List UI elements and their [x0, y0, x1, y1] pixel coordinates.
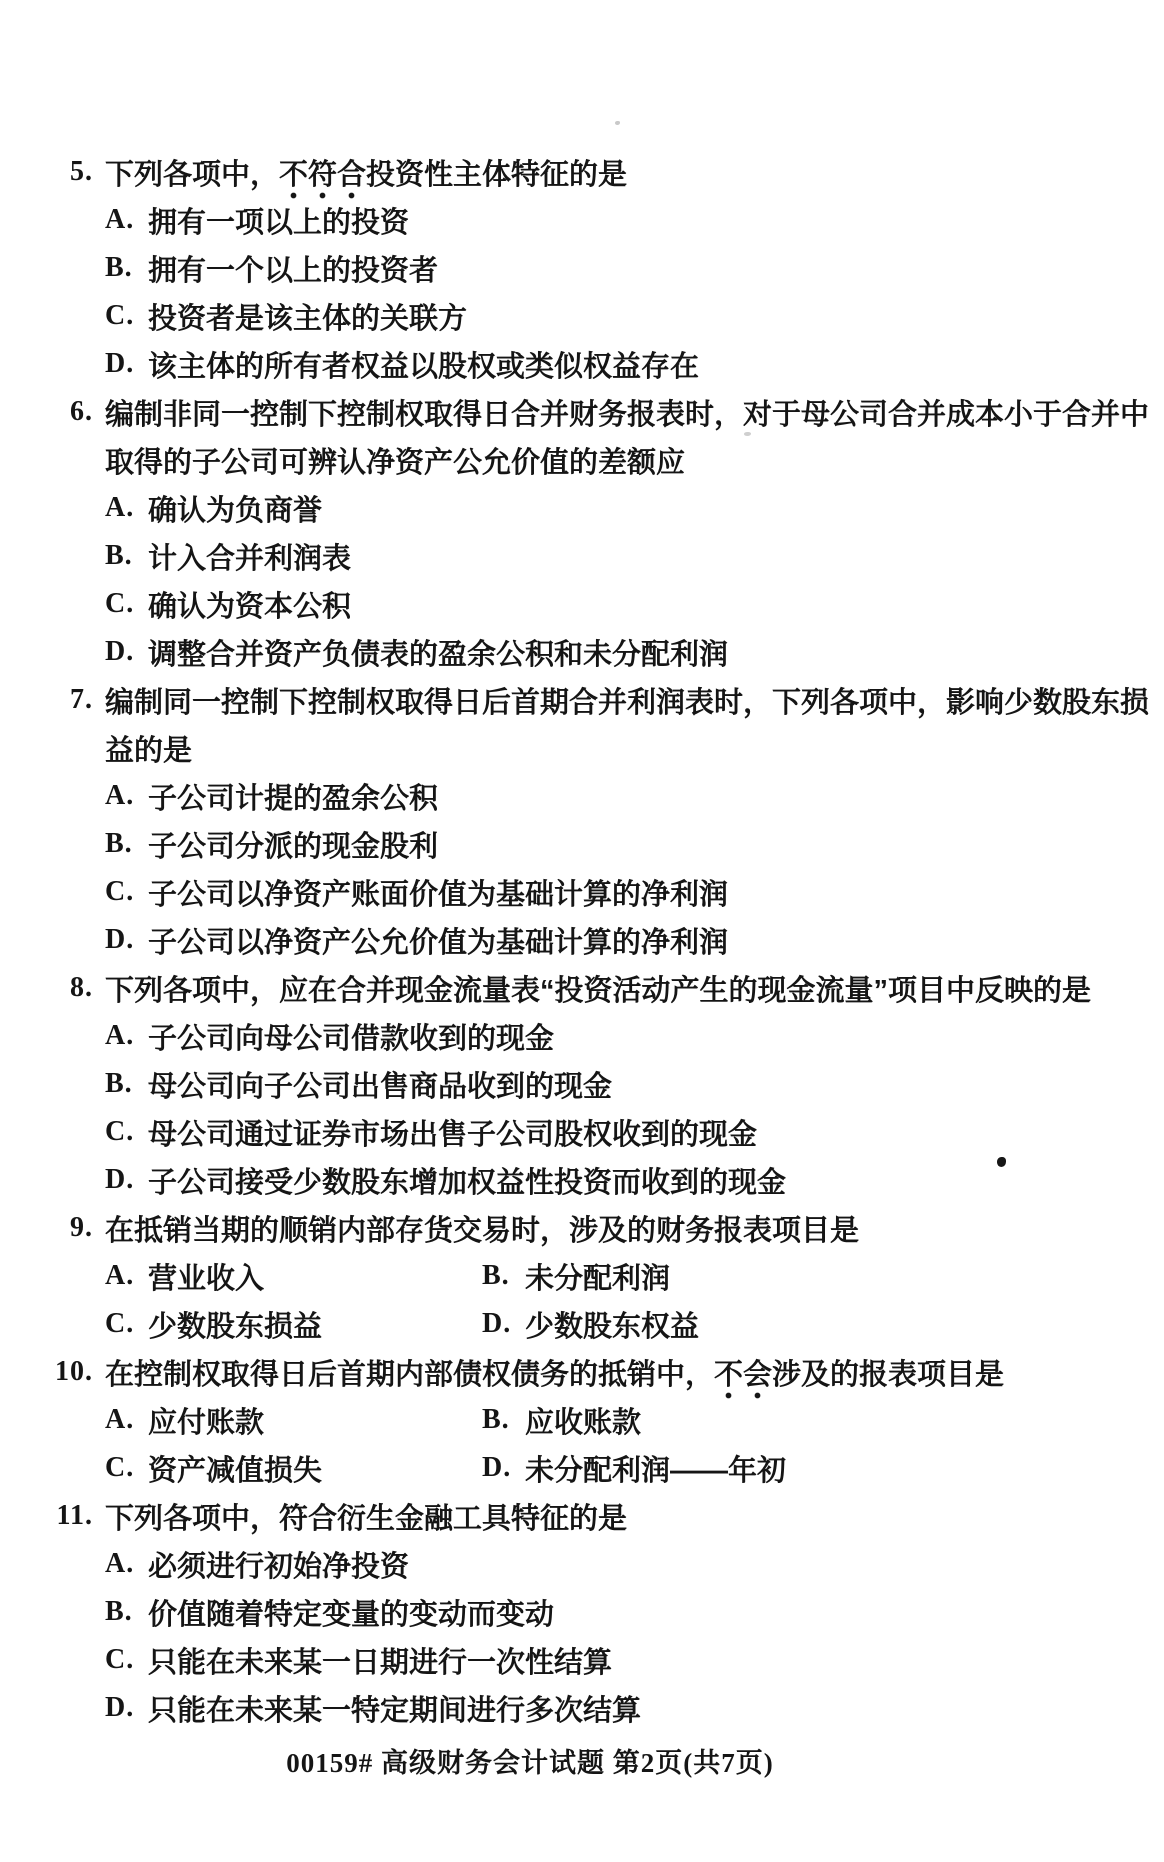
question-9: 9. 在抵销当期的顺销内部存货交易时，涉及的财务报表项目是 A.营业收入 B.未…: [0, 1204, 1164, 1348]
option: A.子公司向母公司借款收到的现金: [0, 1016, 482, 1057]
option: D.调整合并资产负债表的盈余公积和未分配利润: [0, 632, 482, 673]
option-letter: C.: [105, 300, 148, 332]
question-text: 下列各项中，不符合投资性主体特征的是: [105, 152, 627, 193]
question-11-option-d: D.只能在未来某一特定期间进行多次结算: [0, 1684, 1164, 1732]
question-text: 编制同一控制下控制权取得日后首期合并利润表时，下列各项中，影响少数股东损: [105, 680, 1149, 721]
option: C.只能在未来某一日期进行一次性结算: [0, 1640, 482, 1681]
option-text: 子公司接受少数股东增加权益性投资而收到的现金: [148, 1160, 786, 1201]
option: C.母公司通过证券市场出售子公司股权收到的现金: [0, 1112, 482, 1153]
question-number: 6.: [0, 396, 93, 428]
option-text: 资产减值损失: [148, 1448, 322, 1489]
question-9-options-row-2: C.少数股东损益 D.少数股东权益: [0, 1300, 1164, 1348]
option: B.价值随着特定变量的变动而变动: [0, 1592, 482, 1633]
question-6-option-a: A.确认为负商誉: [0, 484, 1164, 532]
option: C.确认为资本公积: [0, 584, 482, 625]
option-letter: A.: [105, 1020, 148, 1052]
option-text: 未分配利润: [525, 1256, 670, 1297]
option-letter: C.: [105, 1308, 148, 1340]
option-letter: A.: [105, 1548, 148, 1580]
option: C.资产减值损失: [0, 1448, 482, 1489]
option-letter: B.: [105, 252, 148, 284]
question-7-option-a: A.子公司计提的盈余公积: [0, 772, 1164, 820]
option-text: 应付账款: [148, 1400, 264, 1441]
question-6-head: 6. 编制非同一控制下控制权取得日合并财务报表时，对于母公司合并成本小于合并中: [0, 388, 1164, 436]
option: B.应收账款: [482, 1400, 641, 1441]
option-letter: D.: [105, 348, 148, 380]
question-6: 6. 编制非同一控制下控制权取得日合并财务报表时，对于母公司合并成本小于合并中 …: [0, 388, 1164, 676]
option-text: 必须进行初始净投资: [148, 1544, 409, 1585]
option: D.子公司以净资产公允价值为基础计算的净利润: [0, 920, 482, 961]
question-text: 取得的子公司可辨认净资产公允价值的差额应: [105, 440, 685, 481]
option-letter: B.: [105, 828, 148, 860]
option: D.该主体的所有者权益以股权或类似权益存在: [0, 344, 482, 385]
question-8-option-d: D.子公司接受少数股东增加权益性投资而收到的现金: [0, 1156, 1164, 1204]
page-footer: 00159# 高级财务会计试题 第2页(共7页): [0, 1736, 1060, 1784]
question-number: 8.: [0, 972, 93, 1004]
question-10-options-row-2: C.资产减值损失 D.未分配利润——年初: [0, 1444, 1164, 1492]
question-text-emphasis: 不符合: [279, 159, 366, 191]
question-5: 5. 下列各项中，不符合投资性主体特征的是 A.拥有一项以上的投资 B.拥有一个…: [0, 148, 1164, 388]
question-8: 8. 下列各项中，应在合并现金流量表“投资活动产生的现金流量”项目中反映的是 A…: [0, 964, 1164, 1204]
option-text: 子公司分派的现金股利: [148, 824, 438, 865]
question-number: 11.: [0, 1500, 93, 1532]
option-text: 拥有一个以上的投资者: [148, 248, 438, 289]
question-number: 5.: [0, 156, 93, 188]
option-letter: D.: [482, 1308, 525, 1340]
question-7: 7. 编制同一控制下控制权取得日后首期合并利润表时，下列各项中，影响少数股东损 …: [0, 676, 1164, 964]
option-letter: B.: [105, 1068, 148, 1100]
question-text-emphasis: 不会: [714, 1359, 772, 1391]
question-11-option-b: B.价值随着特定变量的变动而变动: [0, 1588, 1164, 1636]
option-text: 应收账款: [525, 1400, 641, 1441]
option-letter: A.: [105, 492, 148, 524]
option-text: 投资者是该主体的关联方: [148, 296, 467, 337]
option-text: 只能在未来某一特定期间进行多次结算: [148, 1688, 641, 1729]
question-8-option-b: B.母公司向子公司出售商品收到的现金: [0, 1060, 1164, 1108]
option: A.子公司计提的盈余公积: [0, 776, 482, 817]
question-text-segment: 下列各项中，: [105, 159, 279, 191]
option: C.子公司以净资产账面价值为基础计算的净利润: [0, 872, 482, 913]
question-5-head: 5. 下列各项中，不符合投资性主体特征的是: [0, 148, 1164, 196]
option-text: 子公司以净资产账面价值为基础计算的净利润: [148, 872, 728, 913]
option-letter: C.: [105, 876, 148, 908]
question-text: 下列各项中，应在合并现金流量表“投资活动产生的现金流量”项目中反映的是: [105, 968, 1091, 1009]
question-text: 编制非同一控制下控制权取得日合并财务报表时，对于母公司合并成本小于合并中: [105, 392, 1149, 433]
option-text: 母公司通过证券市场出售子公司股权收到的现金: [148, 1112, 757, 1153]
option-letter: B.: [105, 1596, 148, 1628]
question-text: 益的是: [105, 728, 192, 769]
option: A.确认为负商誉: [0, 488, 482, 529]
option-letter: B.: [105, 540, 148, 572]
question-text: 下列各项中，符合衍生金融工具特征的是: [105, 1496, 627, 1537]
option-text: 价值随着特定变量的变动而变动: [148, 1592, 554, 1633]
option: B.未分配利润: [482, 1256, 670, 1297]
page-footer-text: 00159# 高级财务会计试题 第2页(共7页): [286, 1741, 773, 1780]
option-letter: C.: [105, 588, 148, 620]
exam-body: 5. 下列各项中，不符合投资性主体特征的是 A.拥有一项以上的投资 B.拥有一个…: [0, 148, 1164, 1732]
option: A.必须进行初始净投资: [0, 1544, 482, 1585]
option: C.投资者是该主体的关联方: [0, 296, 482, 337]
question-11-option-c: C.只能在未来某一日期进行一次性结算: [0, 1636, 1164, 1684]
option-letter: D.: [105, 924, 148, 956]
option: D.未分配利润——年初: [482, 1448, 786, 1489]
question-6-option-d: D.调整合并资产负债表的盈余公积和未分配利润: [0, 628, 1164, 676]
question-11-option-a: A.必须进行初始净投资: [0, 1540, 1164, 1588]
option-text: 确认为负商誉: [148, 488, 322, 529]
question-text-segment: 投资性主体特征的是: [366, 159, 627, 191]
option-letter: D.: [105, 1164, 148, 1196]
question-11-head: 11. 下列各项中，符合衍生金融工具特征的是: [0, 1492, 1164, 1540]
option-text: 子公司向母公司借款收到的现金: [148, 1016, 554, 1057]
question-7-head-line2: 益的是: [0, 724, 1164, 772]
question-8-option-c: C.母公司通过证券市场出售子公司股权收到的现金: [0, 1108, 1164, 1156]
question-8-head: 8. 下列各项中，应在合并现金流量表“投资活动产生的现金流量”项目中反映的是: [0, 964, 1164, 1012]
option-letter: A.: [105, 204, 148, 236]
question-10: 10. 在控制权取得日后首期内部债权债务的抵销中，不会涉及的报表项目是 A.应付…: [0, 1348, 1164, 1492]
option: D.只能在未来某一特定期间进行多次结算: [0, 1688, 482, 1729]
option: A.应付账款: [0, 1400, 482, 1441]
option-letter: C.: [105, 1116, 148, 1148]
option-letter: A.: [105, 1260, 148, 1292]
option-text: 少数股东权益: [525, 1304, 699, 1345]
exam-page: 5. 下列各项中，不符合投资性主体特征的是 A.拥有一项以上的投资 B.拥有一个…: [0, 0, 1164, 1862]
question-7-option-d: D.子公司以净资产公允价值为基础计算的净利润: [0, 916, 1164, 964]
question-10-options-row-1: A.应付账款 B.应收账款: [0, 1396, 1164, 1444]
question-9-options-row-1: A.营业收入 B.未分配利润: [0, 1252, 1164, 1300]
option-text: 子公司以净资产公允价值为基础计算的净利润: [148, 920, 728, 961]
option-letter: D.: [105, 636, 148, 668]
option-text: 拥有一项以上的投资: [148, 200, 409, 241]
question-6-option-b: B.计入合并利润表: [0, 532, 1164, 580]
question-11: 11. 下列各项中，符合衍生金融工具特征的是 A.必须进行初始净投资 B.价值随…: [0, 1492, 1164, 1732]
question-6-option-c: C.确认为资本公积: [0, 580, 1164, 628]
question-7-head: 7. 编制同一控制下控制权取得日后首期合并利润表时，下列各项中，影响少数股东损: [0, 676, 1164, 724]
question-10-head: 10. 在控制权取得日后首期内部债权债务的抵销中，不会涉及的报表项目是: [0, 1348, 1164, 1396]
option-letter: A.: [105, 780, 148, 812]
faint-scan-speck: [615, 121, 620, 125]
option-letter: B.: [482, 1260, 525, 1292]
option-text: 调整合并资产负债表的盈余公积和未分配利润: [148, 632, 728, 673]
question-9-head: 9. 在抵销当期的顺销内部存货交易时，涉及的财务报表项目是: [0, 1204, 1164, 1252]
option-letter: A.: [105, 1404, 148, 1436]
option-text: 少数股东损益: [148, 1304, 322, 1345]
question-text-segment: 涉及的报表项目是: [772, 1359, 1004, 1391]
question-text: 在控制权取得日后首期内部债权债务的抵销中，不会涉及的报表项目是: [105, 1352, 1004, 1393]
question-number: 9.: [0, 1212, 93, 1244]
question-5-option-c: C.投资者是该主体的关联方: [0, 292, 1164, 340]
option: A.营业收入: [0, 1256, 482, 1297]
question-text-segment: 在控制权取得日后首期内部债权债务的抵销中，: [105, 1359, 714, 1391]
option: B.拥有一个以上的投资者: [0, 248, 482, 289]
question-5-option-b: B.拥有一个以上的投资者: [0, 244, 1164, 292]
option: B.子公司分派的现金股利: [0, 824, 482, 865]
option-text: 确认为资本公积: [148, 584, 351, 625]
question-6-head-line2: 取得的子公司可辨认净资产公允价值的差额应: [0, 436, 1164, 484]
option-text: 母公司向子公司出售商品收到的现金: [148, 1064, 612, 1105]
question-5-option-d: D.该主体的所有者权益以股权或类似权益存在: [0, 340, 1164, 388]
option: B.计入合并利润表: [0, 536, 482, 577]
question-number: 10.: [0, 1356, 93, 1388]
question-7-option-b: B.子公司分派的现金股利: [0, 820, 1164, 868]
option-text: 未分配利润——年初: [525, 1448, 786, 1489]
question-text: 在抵销当期的顺销内部存货交易时，涉及的财务报表项目是: [105, 1208, 859, 1249]
option-text: 子公司计提的盈余公积: [148, 776, 438, 817]
option-letter: D.: [105, 1692, 148, 1724]
option: A.拥有一项以上的投资: [0, 200, 482, 241]
option: D.少数股东权益: [482, 1304, 699, 1345]
question-number: 7.: [0, 684, 93, 716]
option-letter: B.: [482, 1404, 525, 1436]
question-8-option-a: A.子公司向母公司借款收到的现金: [0, 1012, 1164, 1060]
option: D.子公司接受少数股东增加权益性投资而收到的现金: [0, 1160, 482, 1201]
option-letter: C.: [105, 1452, 148, 1484]
question-7-option-c: C.子公司以净资产账面价值为基础计算的净利润: [0, 868, 1164, 916]
option: C.少数股东损益: [0, 1304, 482, 1345]
option-text: 计入合并利润表: [148, 536, 351, 577]
option: B.母公司向子公司出售商品收到的现金: [0, 1064, 482, 1105]
option-text: 只能在未来某一日期进行一次性结算: [148, 1640, 612, 1681]
option-text: 营业收入: [148, 1256, 264, 1297]
option-letter: D.: [482, 1452, 525, 1484]
option-letter: C.: [105, 1644, 148, 1676]
question-5-option-a: A.拥有一项以上的投资: [0, 196, 1164, 244]
option-text: 该主体的所有者权益以股权或类似权益存在: [148, 344, 699, 385]
